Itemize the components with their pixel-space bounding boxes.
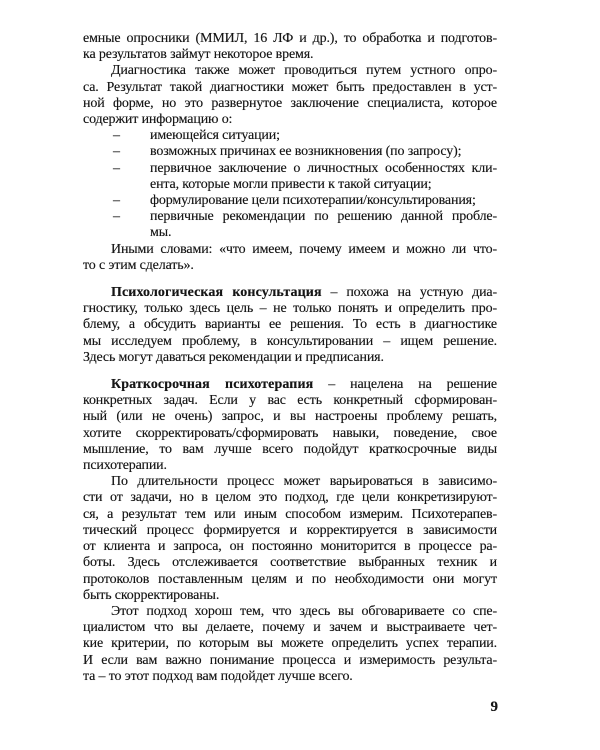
- list-item: –возможных причинах ее возникновения (по…: [83, 144, 497, 160]
- text-line: содержит информацию о:: [83, 112, 497, 128]
- text-line: то с этим сделать».: [83, 258, 497, 274]
- text-line: формулирование цели психотерапии/консуль…: [150, 193, 497, 209]
- paragraph: Диагностика также может проводиться путе…: [83, 63, 497, 128]
- text-line: протоколов поставленным целям и по необх…: [83, 572, 497, 588]
- dash-marker: –: [113, 144, 120, 160]
- text-line: ся, а результат тем или иным способом из…: [83, 507, 497, 523]
- text-line: мышление, то вам лучше всего подойдут кр…: [83, 442, 497, 458]
- text-line: сти от задачи, но в целом это подход, гд…: [83, 490, 497, 506]
- text-line: циалистом что вы делаете, почему и зачем…: [83, 620, 497, 636]
- text-line: мы.: [150, 225, 497, 241]
- text-line: Психологическая консультация – похожа на…: [83, 285, 497, 301]
- list-item: –первичные рекомендации по решению данно…: [83, 209, 497, 241]
- text-line: возможных причинах ее возникновения (по …: [150, 144, 497, 160]
- paragraph: Иными словами: «что имеем, почему имеем …: [83, 242, 497, 274]
- text-line: ной форме, но это развернутое заключение…: [83, 96, 497, 112]
- dash-marker: –: [113, 128, 120, 144]
- bold-lead: Психологическая консультация: [111, 285, 322, 300]
- text-line: быть скорректированы.: [83, 588, 497, 604]
- text-line: имеющейся ситуации;: [150, 128, 497, 144]
- text-line: Этот подход хорош тем, что здесь вы обго…: [83, 604, 497, 620]
- text-line: ента, которые могли привести к такой сит…: [150, 177, 497, 193]
- dash-marker: –: [113, 193, 120, 209]
- bold-lead: Краткосрочная психотерапия: [111, 377, 313, 392]
- text-line: И если вам важно понимание процесса и из…: [83, 653, 497, 669]
- text-line: ный (или не очень) запрос, и вы настроен…: [83, 409, 497, 425]
- scanned-book-page: емные опросники (ММИЛ, 16 ЛФ и др.), то …: [0, 0, 600, 750]
- list-item: –формулирование цели психотерапии/консул…: [83, 193, 497, 209]
- text-line: ка результатов займут некоторое время.: [83, 47, 497, 63]
- list-item: –имеющейся ситуации;: [83, 128, 497, 144]
- list-item: –первичное заключение о личностных особе…: [83, 161, 497, 193]
- text-line: мы исследуем проблему, в консультировани…: [83, 334, 497, 350]
- page-number: 9: [491, 699, 499, 716]
- text-line: кие критерии, по которым вы можете опред…: [83, 636, 497, 652]
- text-line: Краткосрочная психотерапия – нацелена на…: [83, 377, 497, 393]
- paragraph: Краткосрочная психотерапия – нацелена на…: [83, 377, 497, 474]
- dash-marker: –: [113, 161, 120, 177]
- text-block: емные опросники (ММИЛ, 16 ЛФ и др.), то …: [83, 31, 497, 685]
- paragraph: По длительности процесс может варьироват…: [83, 474, 497, 604]
- bullet-list: –имеющейся ситуации;–возможных причинах …: [83, 128, 497, 241]
- text-line: конкретных задач. Если у вас есть конкре…: [83, 393, 497, 409]
- text-line: хотите скорректировать/сформировать навы…: [83, 426, 497, 442]
- text-line: са. Результат такой диагностики может бы…: [83, 80, 497, 96]
- text-line: боты. Здесь отслеживается соответствие в…: [83, 555, 497, 571]
- dash-marker: –: [113, 209, 120, 225]
- text-line: та – то этот подход вам подойдет лучше в…: [83, 669, 497, 685]
- text-line: тический процесс формируется и корректир…: [83, 523, 497, 539]
- text-line: первичное заключение о личностных особен…: [150, 161, 497, 177]
- text-line: емные опросники (ММИЛ, 16 ЛФ и др.), то …: [83, 31, 497, 47]
- text-line: Иными словами: «что имеем, почему имеем …: [83, 242, 497, 258]
- paragraph: емные опросники (ММИЛ, 16 ЛФ и др.), то …: [83, 31, 497, 63]
- text-line: Диагностика также может проводиться путе…: [83, 63, 497, 79]
- text-line: блему, а обсудить варианты ее решения. Т…: [83, 317, 497, 333]
- text-line: от клиента и запроса, он постоянно монит…: [83, 539, 497, 555]
- paragraph: Психологическая консультация – похожа на…: [83, 285, 497, 366]
- text-line: психотерапии.: [83, 458, 497, 474]
- text-line: первичные рекомендации по решению данной…: [150, 209, 497, 225]
- paragraph: Этот подход хорош тем, что здесь вы обго…: [83, 604, 497, 685]
- text-line: Здесь могут даваться рекомендации и пред…: [83, 350, 497, 366]
- text-line: гностику, только здесь цель – не только …: [83, 301, 497, 317]
- text-line: По длительности процесс может варьироват…: [83, 474, 497, 490]
